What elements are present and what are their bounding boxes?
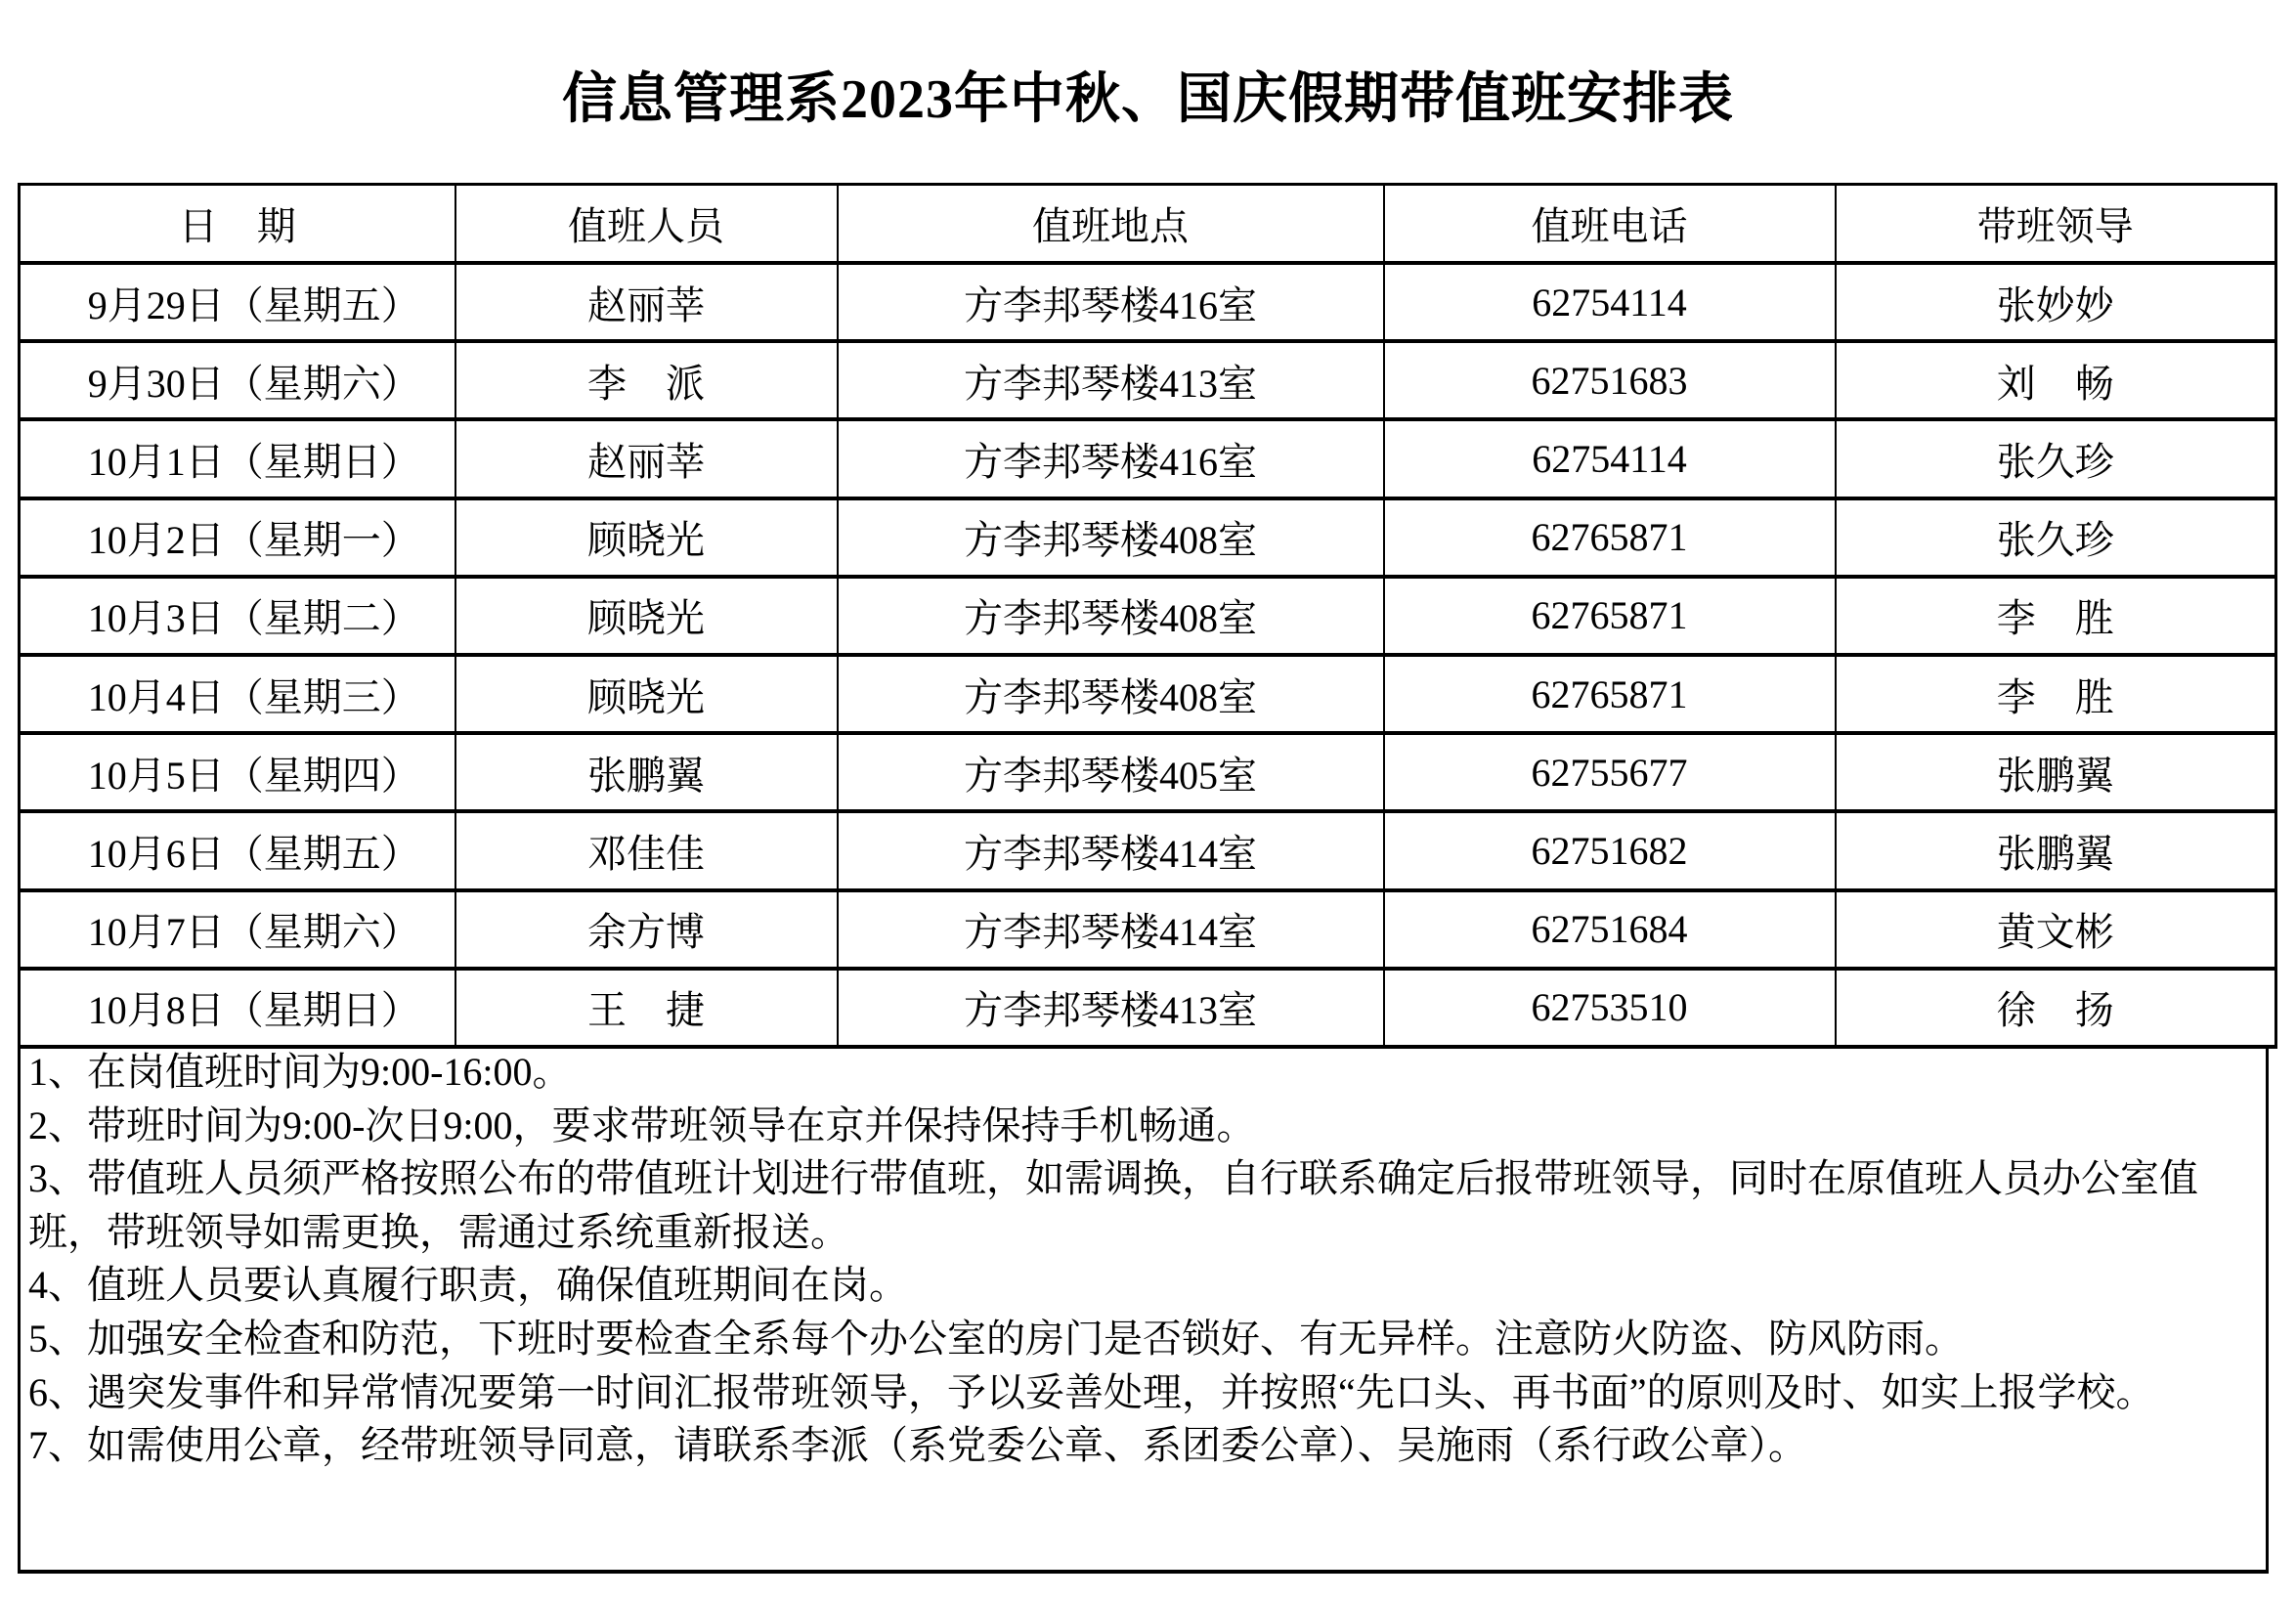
cell-staff: 赵丽莘: [455, 263, 838, 341]
cell-phone: 62751684: [1384, 890, 1836, 969]
cell-location: 方李邦琴楼414室: [838, 811, 1384, 889]
cell-date: 10月2日（星期一）: [20, 498, 455, 577]
cell-date: 10月1日（星期日）: [20, 419, 455, 497]
cell-location: 方李邦琴楼413室: [838, 341, 1384, 419]
cell-phone: 62765871: [1384, 655, 1836, 733]
cell-leader: 刘 畅: [1836, 341, 2276, 419]
cell-location: 方李邦琴楼405室: [838, 733, 1384, 811]
table-row: 10月4日（星期三） 顾晓光 方李邦琴楼408室 62765871 李 胜: [20, 655, 2276, 733]
cell-phone: 62753510: [1384, 969, 1836, 1047]
cell-phone: 62754114: [1384, 419, 1836, 497]
cell-date: 9月30日（星期六）: [20, 341, 455, 419]
cell-staff: 李 派: [455, 341, 838, 419]
cell-location: 方李邦琴楼413室: [838, 969, 1384, 1047]
cell-date: 10月5日（星期四）: [20, 733, 455, 811]
cell-leader: 张鹏翼: [1836, 733, 2276, 811]
cell-phone: 62751683: [1384, 341, 1836, 419]
cell-date: 10月8日（星期日）: [20, 969, 455, 1047]
table-header-row: 日 期 值班人员 值班地点 值班电话 带班领导: [20, 185, 2276, 264]
table-row: 10月1日（星期日） 赵丽莘 方李邦琴楼416室 62754114 张久珍: [20, 419, 2276, 497]
note-6: 6、遇突发事件和异常情况要第一时间汇报带班领导，予以妥善处理，并按照“先口头、再…: [28, 1366, 2258, 1420]
header-phone: 值班电话: [1384, 185, 1836, 264]
cell-phone: 62755677: [1384, 733, 1836, 811]
table-row: 10月7日（星期六） 余方博 方李邦琴楼414室 62751684 黄文彬: [20, 890, 2276, 969]
cell-leader: 李 胜: [1836, 655, 2276, 733]
cell-phone: 62751682: [1384, 811, 1836, 889]
cell-location: 方李邦琴楼408室: [838, 655, 1384, 733]
note-7: 7、如需使用公章，经带班领导同意，请联系李派（系党委公章、系团委公章）、吴施雨（…: [28, 1419, 2258, 1473]
cell-date: 9月29日（星期五）: [20, 263, 455, 341]
cell-date: 10月7日（星期六）: [20, 890, 455, 969]
cell-leader: 黄文彬: [1836, 890, 2276, 969]
table-row: 9月29日（星期五） 赵丽莘 方李邦琴楼416室 62754114 张妙妙: [20, 263, 2276, 341]
cell-staff: 张鹏翼: [455, 733, 838, 811]
cell-location: 方李邦琴楼408室: [838, 498, 1384, 577]
cell-location: 方李邦琴楼416室: [838, 263, 1384, 341]
cell-leader: 张妙妙: [1836, 263, 2276, 341]
cell-staff: 余方博: [455, 890, 838, 969]
cell-location: 方李邦琴楼416室: [838, 419, 1384, 497]
header-date: 日 期: [20, 185, 455, 264]
cell-date: 10月4日（星期三）: [20, 655, 455, 733]
cell-phone: 62765871: [1384, 498, 1836, 577]
cell-leader: 张久珍: [1836, 419, 2276, 497]
cell-phone: 62765871: [1384, 577, 1836, 655]
document-title: 信息管理系2023年中秋、国庆假期带值班安排表: [0, 61, 2296, 139]
cell-staff: 王 捷: [455, 969, 838, 1047]
cell-date: 10月3日（星期二）: [20, 577, 455, 655]
note-1: 1、在岗值班时间为9:00-16:00。: [28, 1046, 2258, 1100]
note-4: 4、值班人员要认真履行职责，确保值班期间在岗。: [28, 1259, 2258, 1313]
cell-leader: 张鹏翼: [1836, 811, 2276, 889]
cell-staff: 顾晓光: [455, 498, 838, 577]
cell-location: 方李邦琴楼414室: [838, 890, 1384, 969]
table-row: 10月5日（星期四） 张鹏翼 方李邦琴楼405室 62755677 张鹏翼: [20, 733, 2276, 811]
cell-phone: 62754114: [1384, 263, 1836, 341]
cell-staff: 赵丽莘: [455, 419, 838, 497]
cell-location: 方李邦琴楼408室: [838, 577, 1384, 655]
table-row: 10月6日（星期五） 邓佳佳 方李邦琴楼414室 62751682 张鹏翼: [20, 811, 2276, 889]
duty-schedule-table: 日 期 值班人员 值班地点 值班电话 带班领导 9月29日（星期五） 赵丽莘 方…: [18, 183, 2277, 1049]
cell-staff: 邓佳佳: [455, 811, 838, 889]
cell-date: 10月6日（星期五）: [20, 811, 455, 889]
table-row: 10月2日（星期一） 顾晓光 方李邦琴楼408室 62765871 张久珍: [20, 498, 2276, 577]
cell-leader: 张久珍: [1836, 498, 2276, 577]
header-staff: 值班人员: [455, 185, 838, 264]
table-row: 10月8日（星期日） 王 捷 方李邦琴楼413室 62753510 徐 扬: [20, 969, 2276, 1047]
table-row: 10月3日（星期二） 顾晓光 方李邦琴楼408室 62765871 李 胜: [20, 577, 2276, 655]
table-row: 9月30日（星期六） 李 派 方李邦琴楼413室 62751683 刘 畅: [20, 341, 2276, 419]
cell-staff: 顾晓光: [455, 655, 838, 733]
cell-leader: 徐 扬: [1836, 969, 2276, 1047]
notes-section: 1、在岗值班时间为9:00-16:00。 2、带班时间为9:00-次日9:00，…: [18, 1046, 2269, 1574]
header-leader: 带班领导: [1836, 185, 2276, 264]
cell-leader: 李 胜: [1836, 577, 2276, 655]
note-3: 3、带值班人员须严格按照公布的带值班计划进行带值班，如需调换，自行联系确定后报带…: [28, 1152, 2258, 1259]
note-5: 5、加强安全检查和防范，下班时要检查全系每个办公室的房门是否锁好、有无异样。注意…: [28, 1313, 2258, 1366]
note-2: 2、带班时间为9:00-次日9:00，要求带班领导在京并保持保持手机畅通。: [28, 1100, 2258, 1153]
cell-staff: 顾晓光: [455, 577, 838, 655]
header-location: 值班地点: [838, 185, 1384, 264]
